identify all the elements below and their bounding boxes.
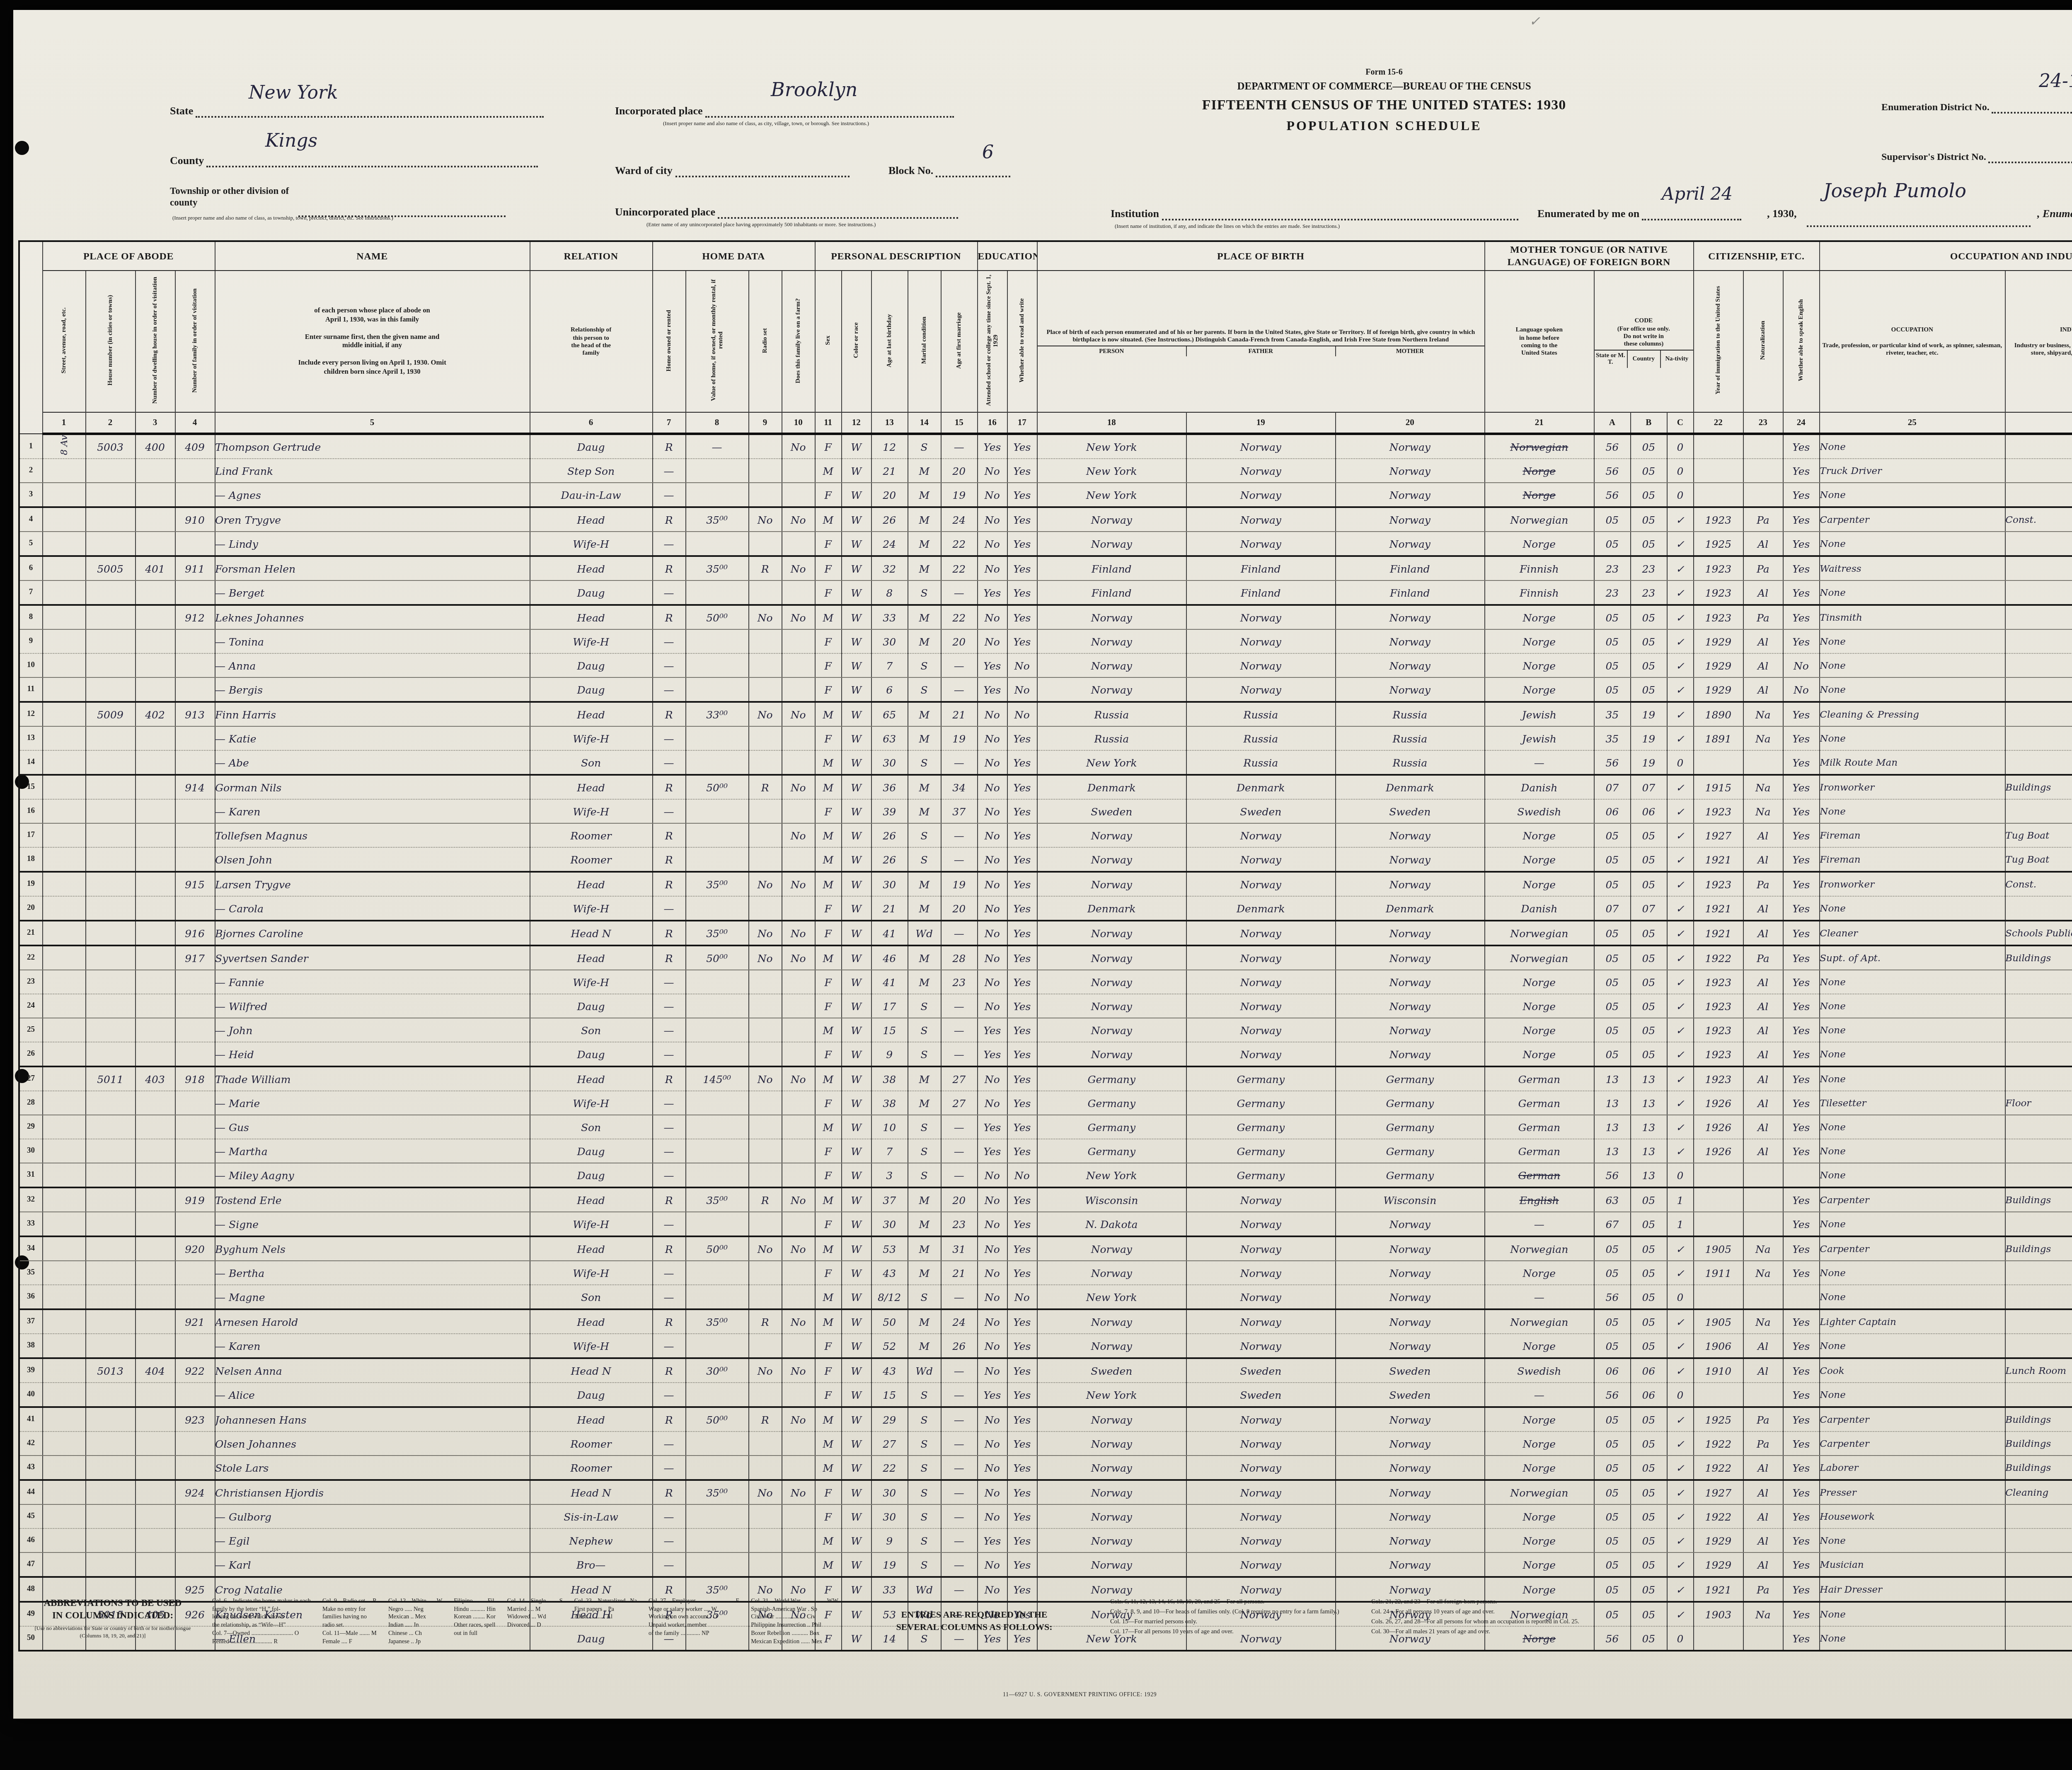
cell: Wife-H: [530, 1261, 652, 1285]
cell: None: [1819, 1285, 2005, 1309]
cell: Norwegian: [1484, 507, 1594, 532]
cell: 1926: [1693, 1139, 1743, 1163]
cell: Yes: [1783, 945, 1819, 970]
cell: 1925: [1693, 1407, 1743, 1431]
line-number-left: 45: [19, 1504, 42, 1528]
column-number: 12: [841, 412, 871, 434]
cell: No: [977, 896, 1007, 921]
cell: [748, 1212, 782, 1236]
cell: 05: [1594, 1236, 1630, 1261]
cell: — Katie: [215, 726, 530, 750]
cell: 05: [1630, 994, 1667, 1018]
block-label: Block No.: [888, 164, 1011, 177]
cell: [2005, 1066, 2072, 1091]
cell: Germany: [1335, 1115, 1484, 1139]
ed-value: 24-1199: [2039, 71, 2072, 92]
cell: M: [815, 1552, 841, 1577]
cell: [2005, 677, 2072, 702]
column-description: Value of home, if owned, or monthly rent…: [685, 271, 748, 412]
cell: 403: [135, 1066, 175, 1091]
column-number: 2: [85, 412, 135, 434]
cell: Daug: [530, 994, 652, 1018]
cell: [685, 970, 748, 994]
footer-line: Working on own account . O: [649, 1614, 739, 1622]
cell: Norway: [1186, 1334, 1335, 1358]
cell: Norway: [1037, 1480, 1186, 1504]
cell: [2005, 1528, 2072, 1552]
cell: ✓: [1667, 847, 1693, 872]
cell: No: [782, 702, 815, 726]
cell: [42, 1407, 85, 1431]
cell: Norway: [1186, 605, 1335, 629]
line-number-left: 22: [19, 945, 42, 970]
line-number-left: 18: [19, 847, 42, 872]
schedule-subtitle: POPULATION SCHEDULE: [1102, 119, 1666, 134]
cell: [782, 1091, 815, 1115]
cell: [42, 1285, 85, 1309]
cell: [135, 1456, 175, 1480]
cell: Yes: [1007, 1552, 1037, 1577]
cell: S: [908, 1552, 941, 1577]
cell: [135, 1212, 175, 1236]
cell: R: [748, 1309, 782, 1334]
cell: S: [908, 434, 941, 459]
cell: No: [977, 1456, 1007, 1480]
cell: [175, 847, 215, 872]
cell: W: [841, 1236, 871, 1261]
cell: Sweden: [1186, 799, 1335, 823]
cell: [782, 1456, 815, 1480]
cell: Son: [530, 750, 652, 775]
cell: Norway: [1186, 507, 1335, 532]
cell: 05: [1594, 1528, 1630, 1552]
line-number-left: 32: [19, 1187, 42, 1212]
cell: [42, 994, 85, 1018]
cell: [685, 799, 748, 823]
cell: Norge: [1484, 677, 1594, 702]
cell: W: [841, 750, 871, 775]
cell: S: [908, 1139, 941, 1163]
cell: [2005, 799, 2072, 823]
cell: [85, 532, 135, 556]
cell: Na: [1743, 702, 1783, 726]
cell: M: [908, 945, 941, 970]
line-number-left: 40: [19, 1383, 42, 1407]
cell: F: [815, 1261, 841, 1285]
footer-line: radio set.: [322, 1622, 377, 1630]
cell: W: [841, 629, 871, 653]
footer-line: Col. 6—Indicate the home-maker in each: [212, 1598, 311, 1606]
cell: 35: [1594, 702, 1630, 726]
cell: 05: [1630, 1334, 1667, 1358]
cell: Fireman: [1819, 823, 2005, 847]
cell: 06: [1594, 1358, 1630, 1383]
cell: R: [748, 775, 782, 799]
line-number-left: 4: [19, 507, 42, 532]
cell: 41: [871, 970, 908, 994]
cell: [685, 1504, 748, 1528]
cell: — Bertha: [215, 1261, 530, 1285]
line-number-left: 9: [19, 629, 42, 653]
cell: 05: [1594, 1407, 1630, 1431]
cell: ✓: [1667, 1358, 1693, 1383]
cell: 19: [941, 726, 977, 750]
cell: [85, 1212, 135, 1236]
cell: Yes: [1007, 434, 1037, 459]
cell: Norway: [1335, 1528, 1484, 1552]
line-number-left: 27: [19, 1066, 42, 1091]
cell: No: [977, 1091, 1007, 1115]
cell: Norge: [1484, 1528, 1594, 1552]
cell: Norge: [1484, 1431, 1594, 1456]
person-row: 7— BergetDaug—FW8S—YesYesFinlandFinlandF…: [19, 580, 2072, 605]
cell: Al: [1743, 1504, 1783, 1528]
cell: [748, 459, 782, 483]
cell: F: [815, 434, 841, 459]
cell: Yes: [1783, 605, 1819, 629]
footer-block: Cols. 6, 11, 12, 13, 14, 16, 18, 19, 20,…: [1110, 1598, 1624, 1637]
cell: ✓: [1667, 1236, 1693, 1261]
cell: Yes: [977, 1042, 1007, 1066]
cell: 05: [1594, 1042, 1630, 1066]
footer-line: families having no: [322, 1614, 377, 1622]
cell: [42, 507, 85, 532]
column-number: 6: [530, 412, 652, 434]
person-row: 4910Oren TrygveHeadR35⁰⁰NoNoMW26M24NoYes…: [19, 507, 2072, 532]
cell: [42, 1042, 85, 1066]
cell: Roomer: [530, 1456, 652, 1480]
cell: Ironworker: [1819, 775, 2005, 799]
cell: 30⁰⁰: [685, 1358, 748, 1383]
cell: Daug: [530, 580, 652, 605]
cell: S: [908, 1407, 941, 1431]
cell: Yes: [1007, 872, 1037, 896]
cell: Nephew: [530, 1528, 652, 1552]
cell: Norway: [1186, 1042, 1335, 1066]
cell: S: [908, 823, 941, 847]
cell: None: [1819, 994, 2005, 1018]
pencil-check-mark: ✓: [1529, 13, 1540, 29]
cell: Yes: [1783, 459, 1819, 483]
cell: Norway: [1186, 847, 1335, 872]
cell: [85, 945, 135, 970]
cell: ✓: [1667, 1066, 1693, 1091]
cell: 1923: [1693, 580, 1743, 605]
cell: 38: [871, 1091, 908, 1115]
cell: 1921: [1693, 921, 1743, 945]
cell: Yes: [1783, 750, 1819, 775]
footer-line: Alien ........... Al: [574, 1614, 637, 1622]
cell: 20: [941, 629, 977, 653]
column-number: A: [1594, 412, 1630, 434]
line-number-left: 16: [19, 799, 42, 823]
cell: Russia: [1335, 750, 1484, 775]
cell: Norway: [1186, 1018, 1335, 1042]
cell: 35⁰⁰: [685, 507, 748, 532]
cell: W: [841, 1528, 871, 1552]
cell: [2005, 750, 2072, 775]
column-description: Whether able to read and write: [1007, 271, 1037, 412]
cell: [135, 677, 175, 702]
cell: [42, 1139, 85, 1163]
cell: R: [652, 1309, 685, 1334]
person-row: 36— MagneSon—MW8/12S—NoNoNew YorkNorwayN…: [19, 1285, 2072, 1309]
cell: No: [782, 775, 815, 799]
cell: Son: [530, 1018, 652, 1042]
cell: R: [652, 507, 685, 532]
cell: Head: [530, 1187, 652, 1212]
cell: Yes: [1007, 459, 1037, 483]
cell: Pa: [1743, 605, 1783, 629]
cell: Yes: [1783, 1187, 1819, 1212]
cell: 07: [1594, 775, 1630, 799]
cell: Yes: [1783, 1091, 1819, 1115]
cell: [2005, 1504, 2072, 1528]
column-number: 19: [1186, 412, 1335, 434]
cell: R: [652, 1407, 685, 1431]
cell: R: [652, 945, 685, 970]
table-head: PLACE OF ABODENAMERELATIONHOME DATAPERSO…: [19, 241, 2072, 434]
cell: —: [1484, 1383, 1594, 1407]
cell: 05: [1594, 677, 1630, 702]
cell: Yes: [1783, 994, 1819, 1018]
cell: 05: [1630, 921, 1667, 945]
cell: [135, 532, 175, 556]
cell: Norge: [1484, 1334, 1594, 1358]
line-number-left: 29: [19, 1115, 42, 1139]
cell: 1926: [1693, 1091, 1743, 1115]
cell: —: [652, 1383, 685, 1407]
cell: ✓: [1667, 1504, 1693, 1528]
cell: No: [748, 1480, 782, 1504]
footer-line: Chinese ... Ch: [388, 1630, 442, 1638]
cell: No: [782, 434, 815, 459]
person-row: 34920Byghum NelsHeadR50⁰⁰NoNoMW53M31NoYe…: [19, 1236, 2072, 1261]
cell: [85, 1334, 135, 1358]
cell: Norway: [1335, 1552, 1484, 1577]
cell: Yes: [1783, 556, 1819, 580]
cell: 1923: [1693, 799, 1743, 823]
cell: F: [815, 1212, 841, 1236]
cell: 05: [1630, 1187, 1667, 1212]
cell: Norway: [1335, 872, 1484, 896]
cell: 05: [1630, 1504, 1667, 1528]
cell: 38: [871, 1066, 908, 1091]
cell: Germany: [1037, 1091, 1186, 1115]
cell: 20: [941, 459, 977, 483]
cell: M: [815, 507, 841, 532]
cell: 05: [1630, 653, 1667, 677]
cell: 56: [1594, 459, 1630, 483]
cell: —: [941, 994, 977, 1018]
cell: 1927: [1693, 1480, 1743, 1504]
cell: 05: [1630, 1018, 1667, 1042]
cell: M: [908, 483, 941, 507]
cell: W: [841, 1091, 871, 1115]
cell: [782, 629, 815, 653]
cell: W: [841, 775, 871, 799]
cell: [685, 1334, 748, 1358]
cell: R: [748, 556, 782, 580]
cell: Larsen Trygve: [215, 872, 530, 896]
column-description: Age at first marriage: [941, 271, 977, 412]
cell: [135, 1407, 175, 1431]
cell: No: [977, 921, 1007, 945]
cell: Buildings: [2005, 1187, 2072, 1212]
cell: Al: [1743, 1552, 1783, 1577]
cell: Wife-H: [530, 799, 652, 823]
cell: 05: [1594, 823, 1630, 847]
cell: —: [941, 1431, 977, 1456]
cell: None: [1819, 580, 2005, 605]
sub-column-header: Na-tivity: [1660, 351, 1693, 368]
cell: W: [841, 1309, 871, 1334]
cell: [2005, 702, 2072, 726]
column-number: C: [1667, 412, 1693, 434]
cell: 404: [135, 1358, 175, 1383]
cell: M: [815, 1285, 841, 1309]
cell: ✓: [1667, 532, 1693, 556]
cell: [2005, 1042, 2072, 1066]
cell: —: [941, 1285, 977, 1309]
cell: W: [841, 653, 871, 677]
cell: 05: [1630, 459, 1667, 483]
cell: No: [977, 1480, 1007, 1504]
cell: 35⁰⁰: [685, 1480, 748, 1504]
cell: [782, 994, 815, 1018]
cell: No: [977, 970, 1007, 994]
cell: Yes: [1007, 1334, 1037, 1358]
cell: [685, 459, 748, 483]
cell: —: [941, 1139, 977, 1163]
cell: 05: [1630, 507, 1667, 532]
cell: Norge: [1484, 1456, 1594, 1480]
cell: R: [652, 1358, 685, 1383]
cell: M: [908, 507, 941, 532]
cell: [135, 1504, 175, 1528]
cell: 05: [1630, 1309, 1667, 1334]
cell: [42, 1163, 85, 1187]
cell: —: [652, 1285, 685, 1309]
cell: Yes: [977, 580, 1007, 605]
cell: 19: [941, 872, 977, 896]
cell: Tostend Erle: [215, 1187, 530, 1212]
column-description: Whether able to speak English: [1783, 271, 1819, 412]
cell: 26: [871, 823, 908, 847]
footer-line: ENTRIES ARE REQUIRED IN THE: [850, 1609, 1099, 1622]
footer-line: Cols. 21, 22, and 23—For all foreign-bor…: [1371, 1598, 1624, 1606]
cell: No: [977, 1187, 1007, 1212]
cell: [685, 1285, 748, 1309]
cell: [135, 1115, 175, 1139]
cell: Norway: [1037, 872, 1186, 896]
cell: [748, 970, 782, 994]
cell: Forsman Helen: [215, 556, 530, 580]
cell: Head: [530, 1066, 652, 1091]
cell: —: [652, 970, 685, 994]
cell: [2005, 1212, 2072, 1236]
cell: 915: [175, 872, 215, 896]
person-row: 8912Leknes JohannesHeadR50⁰⁰NoNoMW33M22N…: [19, 605, 2072, 629]
cell: Norge: [1484, 872, 1594, 896]
person-row: 125009402913Finn HarrisHeadR33⁰⁰NoNoMW65…: [19, 702, 2072, 726]
cell: M: [908, 532, 941, 556]
footer-line: Col. 27—Employer .......................…: [649, 1598, 739, 1606]
cell: Wife-H: [530, 970, 652, 994]
person-row: 21916Bjornes CarolineHead NR35⁰⁰NoNoFW41…: [19, 921, 2072, 945]
cell: [175, 1383, 215, 1407]
cell: Tug Boat: [2005, 847, 2072, 872]
cell: Thade William: [215, 1066, 530, 1091]
cell: [2005, 556, 2072, 580]
cell: 05: [1630, 1456, 1667, 1480]
cell: 1923: [1693, 605, 1743, 629]
cell: [135, 726, 175, 750]
cell: Norway: [1037, 1431, 1186, 1456]
cell: [2005, 1383, 2072, 1407]
person-row: 13— KatieWife-H—FW63M19NoYesRussiaRussia…: [19, 726, 2072, 750]
cell: S: [908, 1456, 941, 1480]
footer-block: Col. 9—Radio set ... RMake no entry forf…: [322, 1598, 377, 1646]
cell: [42, 775, 85, 799]
cell: None: [1819, 1383, 2005, 1407]
cell: 911: [175, 556, 215, 580]
cell: S: [908, 677, 941, 702]
cell: Son: [530, 1115, 652, 1139]
column-description: Relationship of this person to the head …: [530, 271, 652, 412]
cell: Norwegian: [1484, 1236, 1594, 1261]
footer-line: First papers .. Pa: [574, 1606, 637, 1613]
cell: —: [652, 483, 685, 507]
cell: No: [748, 945, 782, 970]
cell: Sweden: [1335, 1383, 1484, 1407]
cell: Yes: [1783, 775, 1819, 799]
cell: 05: [1630, 1236, 1667, 1261]
cell: [175, 726, 215, 750]
cell: 0: [1667, 1163, 1693, 1187]
cell: [748, 1042, 782, 1066]
cell: Yes: [1783, 1115, 1819, 1139]
cell: —: [652, 1042, 685, 1066]
cell: F: [815, 896, 841, 921]
cell: M: [815, 945, 841, 970]
cell: Finland: [1037, 580, 1186, 605]
column-number: 18: [1037, 412, 1186, 434]
cell: Pa: [1743, 1431, 1783, 1456]
cell: Yes: [1783, 1407, 1819, 1431]
unincorporated-note: (Enter name of any unincorporated place …: [646, 222, 876, 228]
cell: [748, 1552, 782, 1577]
cell: [175, 799, 215, 823]
cell: No: [782, 1480, 815, 1504]
cell: Germany: [1335, 1066, 1484, 1091]
cell: 24: [871, 532, 908, 556]
cell: 05: [1630, 945, 1667, 970]
cell: Finland: [1186, 580, 1335, 605]
person-row: 20— CarolaWife-H—FW21M20NoYesDenmarkDenm…: [19, 896, 2072, 921]
column-number: 4: [175, 412, 215, 434]
line-number-left: 25: [19, 1018, 42, 1042]
cell: Sweden: [1335, 799, 1484, 823]
sub-column-header: Country: [1627, 351, 1660, 368]
cell: Germany: [1186, 1091, 1335, 1115]
cell: Norwegian: [1484, 921, 1594, 945]
cell: M: [908, 1091, 941, 1115]
cell: Finnish: [1484, 580, 1594, 605]
cell: 05: [1630, 1212, 1667, 1236]
cell: [135, 1383, 175, 1407]
cell: —: [941, 580, 977, 605]
